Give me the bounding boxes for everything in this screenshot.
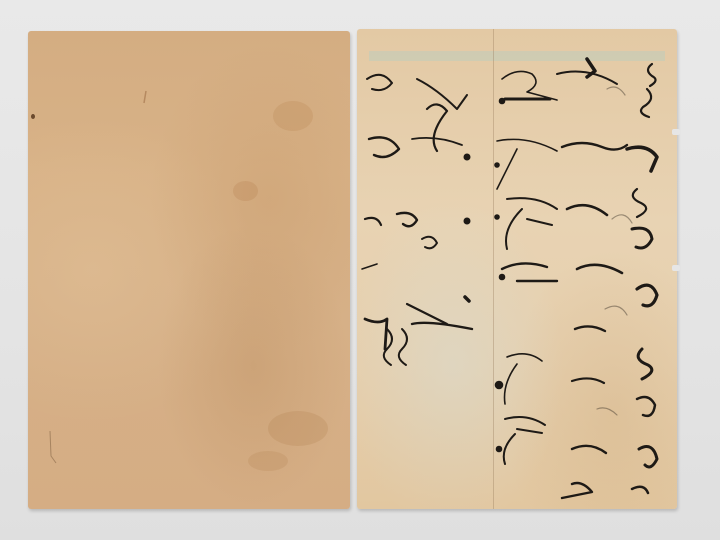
calligraphy-column-3 xyxy=(495,71,592,498)
right-paper-sheet-calligraphy: Paper sheet with handwritten cursive Jap… xyxy=(357,29,677,509)
calligraphy-column-6 xyxy=(597,87,632,415)
calligraphy-column-4 xyxy=(397,79,472,329)
calligraphy-ink xyxy=(357,29,677,509)
calligraphy-column-5 xyxy=(362,75,407,365)
scene-description: Two antique Japanese paper sheets laid s… xyxy=(0,0,1,1)
calligraphy-column-1 xyxy=(627,64,657,493)
photo-scene: Two antique Japanese paper sheets laid s… xyxy=(0,0,720,540)
left-paper-sheet: Blank aged paper sheet (cover/back side) xyxy=(28,31,350,509)
crease-marks xyxy=(28,31,350,509)
calligraphy-column-2 xyxy=(557,59,627,453)
